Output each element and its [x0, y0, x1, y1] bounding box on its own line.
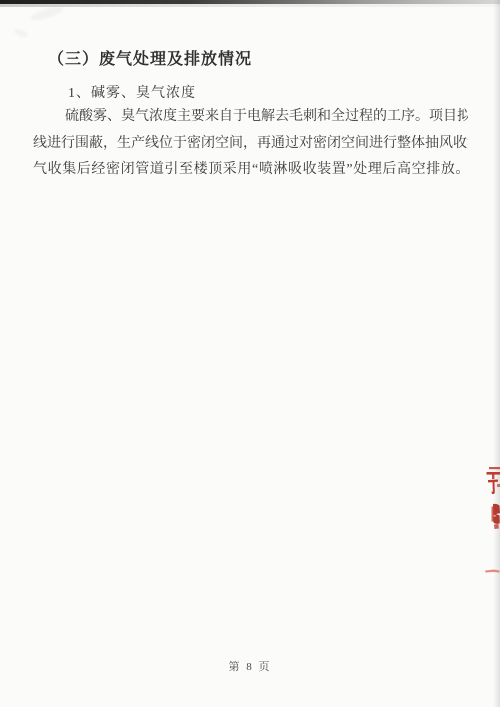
page-number: 第 8 页: [0, 658, 500, 674]
paragraph-line: 气收集后经密闭管道引至楼顶采用“喷淋吸收装置”处理后高空排放。: [33, 157, 468, 184]
scan-smudge: [13, 28, 28, 39]
body-paragraph: 硫酸雾、臭气浓度主要来自于电解去毛刺和全过程的工序。项目拟对生产 线进行围蔽，生…: [33, 104, 468, 184]
subsection-heading: 1、碱雾、臭气浓度: [68, 85, 196, 103]
scan-top-edge-soft-shadow: [0, 4, 500, 7]
paragraph-line: 硫酸雾、臭气浓度主要来自于电解去毛刺和全过程的工序。项目拟对生产: [33, 104, 468, 131]
section-heading: （三）废气处理及排放情况: [48, 50, 252, 70]
scanned-document-page: { "page": { "heading": "（三）废气处理及排放情况", "…: [0, 0, 500, 707]
red-stamp-fragment-icon: [485, 466, 500, 499]
red-stamp-fragment-icon: [484, 567, 500, 575]
paragraph-line: 线进行围蔽，生产线位于密闭空间，再通过对密闭空间进行整体抽风收集，废: [33, 131, 468, 158]
red-stamp-fragment-icon: [487, 503, 500, 533]
scan-right-edge-shadow: [493, 0, 500, 707]
